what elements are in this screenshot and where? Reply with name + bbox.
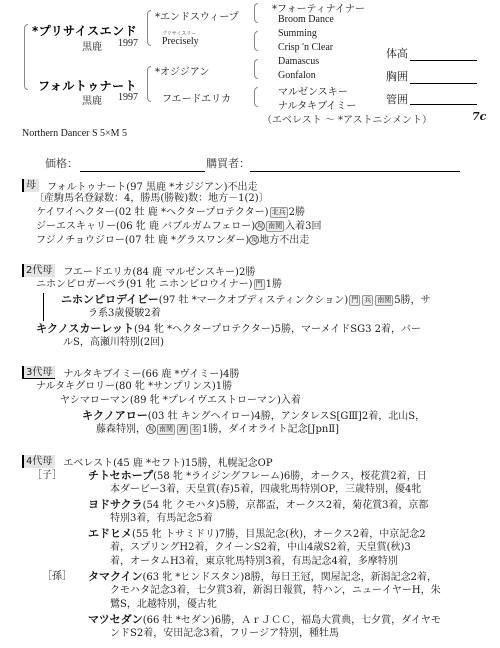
dam-header: フォルトゥナート(97 黒鹿 *オジジアン)不出走 xyxy=(47,178,258,193)
descendant-row-cont: 藤森特別，現南関海名1勝，ダイオライト記念[JpnⅡ] xyxy=(96,423,339,437)
region-badge: 南関 xyxy=(266,221,284,232)
sire-sire: *エンドスウィープ xyxy=(155,8,239,23)
foal-row: ケイワイヘクター(02 牡 鹿 *ヘクタープロテクター)北兵2勝 xyxy=(36,206,305,220)
sire-color: 黒鹿 xyxy=(82,38,102,53)
descendant-row-cont: ラ系3歳優駿2着 xyxy=(88,307,161,321)
second-dam-header: フエードエリカ(84 鹿 マルゼンスキー)2勝 xyxy=(63,263,255,278)
descendant-row: チトセホープ(58 牝 *ライジングフレーム)6勝，オークス，桜花賞2着，日 xyxy=(88,469,427,484)
gen3-1: *フォーティナイナー xyxy=(272,0,365,15)
region-badge: 南関 xyxy=(375,295,393,306)
descendant-row-cont: 特別3着，有馬記念5着 xyxy=(110,512,213,526)
descendant-row-cont: 本ダービー3着，天皇賞(春)5着，四歳牝馬特別OP，三歳特別，優4牝 xyxy=(110,483,421,497)
gen3-6: Gonfalon xyxy=(278,70,316,81)
current-mark: 現 xyxy=(249,235,259,245)
gen3-2: Broom Dance xyxy=(278,14,334,25)
lineage-connector xyxy=(43,293,44,321)
region-badge: 南関 xyxy=(157,424,175,435)
bracket-g3-4 xyxy=(254,87,258,107)
girth-field[interactable] xyxy=(410,83,477,84)
gen3-4: Crisp 'n Clear xyxy=(278,42,333,53)
descendant-row-cont: 鷺S，北越特別，優古牝 xyxy=(110,598,217,612)
region-badge: 兵 xyxy=(362,295,373,306)
descendant-row: タマクイン(63 牝 *ヒンドスタン)8勝，毎日王冠，関屋記念，新潟記念2着， xyxy=(88,570,437,585)
current-mark: 現 xyxy=(146,424,156,434)
cannon-field[interactable] xyxy=(410,104,477,105)
dam-year: 1997 xyxy=(118,92,138,103)
descendant-row-cont: ルS，高瀬川特別(2回) xyxy=(63,336,164,350)
fourth-dam-header: エベレスト(45 鹿 *セフト)15勝，札幌記念OP xyxy=(63,454,272,469)
descendant-row-cont: 着，オータムH3着，東京牝馬特別3着，有馬記念4着，多摩特別 xyxy=(110,555,398,569)
foal-row: フジノチョウジロー(07 牡 鹿 *グラスワンダー)現地方不出走 xyxy=(36,234,309,248)
dam-dam: フエードエリカ xyxy=(162,90,231,105)
descendant-row-cont: ンドS2着，安田記念3着，フリージア特別，種牡馬 xyxy=(110,627,339,641)
descendant-row: キクノアロー(03 牡 キングヘイロー)4勝，アンタレスS[GⅢ]2着，北山S， xyxy=(82,409,425,424)
bracket-sire xyxy=(147,10,151,46)
price-label: 価格： xyxy=(45,155,78,171)
region-badge: 門 xyxy=(254,279,265,290)
descendant-row: ヤシマローマン(89 牝 *プレイヴエストローマン)入着 xyxy=(60,394,301,408)
gen3-3: Summing xyxy=(278,28,317,39)
family-line: （エベレスト ～ *アストニシメント） xyxy=(262,111,432,126)
current-mark: 現 xyxy=(255,221,265,231)
region-badge: 海 xyxy=(177,424,188,435)
region-badge: 名 xyxy=(190,424,201,435)
bracket-g3-1 xyxy=(254,3,258,23)
dam-stats: 〔産駒馬名登録数：4，勝馬(勝鞍)数：地方－1(2)〕 xyxy=(34,192,269,206)
descendant-row: マツセダン(66 牡 *セダン)6勝，ＡｒＪＣＣ，福島大賞典，七夕賞，ダイヤモ xyxy=(88,613,441,628)
bracket-g3-3 xyxy=(254,59,258,79)
descendant-row: ヨドサクラ(54 牝 クモハタ)5勝，京都盃，オークス2着，菊花賞3着，京都 xyxy=(88,498,428,513)
grandchild-label: ［孫］ xyxy=(42,570,72,584)
inbreeding-note: Northern Dancer S 5×M 5 xyxy=(22,128,127,139)
price-field[interactable] xyxy=(80,171,205,172)
sire-year: 1997 xyxy=(118,38,138,49)
descendant-row: キクノスカーレット(94 牝 *ヘクタープロテクター)5勝，マーメイドSG3 2… xyxy=(36,322,421,337)
cannon-label: 管囲 xyxy=(386,91,408,107)
descendant-row-cont: クモハタ記念3着，七夕賞3着，新潟日報賞，特ハン，ニューイヤーH，朱 xyxy=(110,584,441,598)
sire-dam: Precisely xyxy=(162,36,199,47)
descendant-row: エドヒメ(55 牝 トサミドリ)7勝，目黒記念(秋)，オークス2着，中京記念2 xyxy=(88,527,426,542)
bracket-dam xyxy=(147,66,151,102)
section-tag-4th-dam: 4代母 xyxy=(22,455,55,468)
dam-sire: *オジジアン xyxy=(155,63,209,78)
gen3-5: Damascus xyxy=(278,56,319,67)
buyer-label: 購買者： xyxy=(206,155,250,171)
buyer-field[interactable] xyxy=(250,171,460,172)
section-tag-3rd-dam: 3代母 xyxy=(22,366,55,379)
height-label: 体高 xyxy=(386,45,408,61)
descendant-row-cont: 着，スプリングH2着，クイーンS2着，中山4歳S2着，天皇賞(秋)3 xyxy=(110,541,411,555)
descendant-row: ニホンピロデイビー(97 牡 *マークオブディスティンクション)門兵南関5勝，サ xyxy=(61,293,431,308)
descendant-row: ナルタキグロリー(80 牝 *サンプリンス)1勝 xyxy=(36,380,232,394)
bracket-gen1 xyxy=(24,24,28,90)
bracket-g3-2 xyxy=(254,31,258,51)
gen3-7: マルゼンスキー xyxy=(278,83,348,98)
height-field[interactable] xyxy=(410,60,477,61)
sire-name: *プリサイスエンド xyxy=(32,22,137,39)
descendant-row: ニホンピロガーベラ(91 牝 ニホンピロウイナー)門1勝 xyxy=(36,278,282,292)
girth-label: 胸囲 xyxy=(386,68,408,84)
foal-row: ジーエスキャリー(06 牝 鹿 バブルガムフェロー)現南関入着3回 xyxy=(36,220,322,234)
region-badge: 北兵 xyxy=(270,207,288,218)
child-label: ［子］ xyxy=(32,469,62,483)
region-badge: 門 xyxy=(349,295,360,306)
third-dam-header: ナルタキブイミー(66 鹿 *ヴイミー)4勝 xyxy=(63,365,239,380)
section-tag-dam: 母 xyxy=(22,179,39,192)
family-number: 7c xyxy=(472,110,486,123)
gen3-8: ナルタキブイミー xyxy=(278,97,356,112)
dam-color: 黒鹿 xyxy=(82,92,102,107)
section-tag-2nd-dam: 2代母 xyxy=(22,264,55,277)
